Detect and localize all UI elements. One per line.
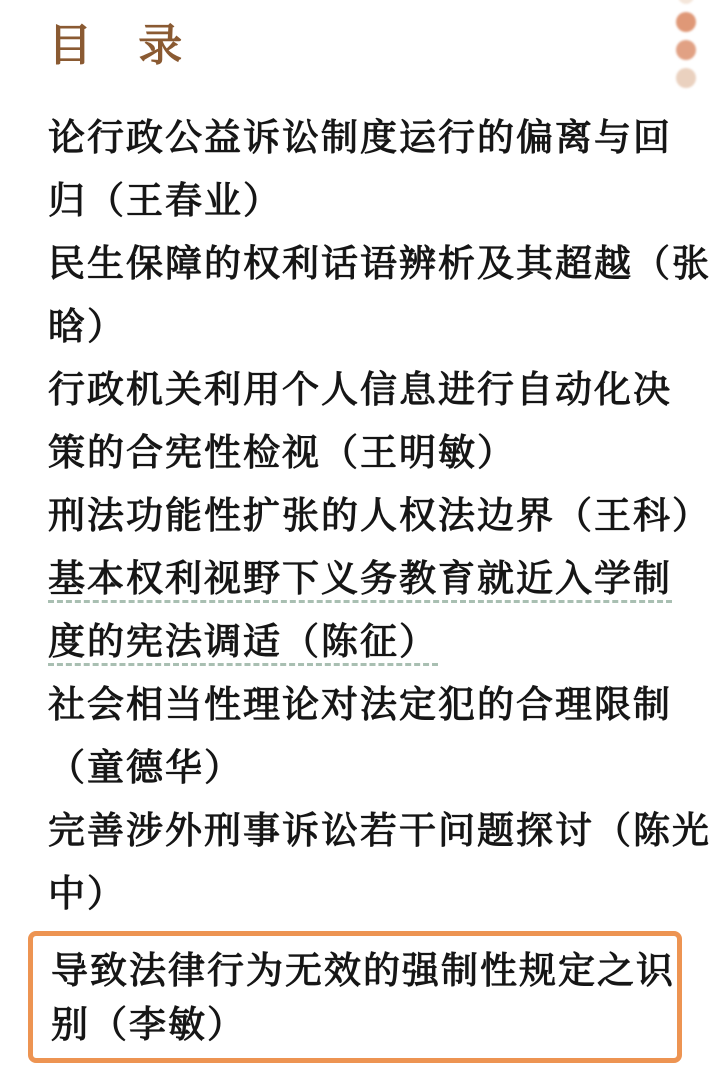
toc-list: 论行政公益诉讼制度运行的偏离与回归（王春业）民生保障的权利话语辨析及其超越（张晗…: [48, 106, 662, 1063]
toc-item-line: 刑法功能性扩张的人权法边界（王科）: [48, 484, 662, 547]
toc-item: 论行政公益诉讼制度运行的偏离与回归（王春业）: [48, 106, 662, 232]
toc-item-line: （童德华）: [48, 736, 662, 799]
toc-item: 完善涉外刑事诉讼若干问题探讨（陈光中）: [48, 799, 662, 925]
toc-item-line: 基本权利视野下义务教育就近入学制: [48, 547, 662, 610]
toc-item-line: 晗）: [48, 295, 662, 358]
page-title: 目 录: [48, 20, 662, 72]
toc-item-line: 论行政公益诉讼制度运行的偏离与回: [48, 106, 662, 169]
toc-page: 目 录 论行政公益诉讼制度运行的偏离与回归（王春业）民生保障的权利话语辨析及其超…: [0, 0, 710, 1066]
toc-item: 行政机关利用个人信息进行自动化决策的合宪性检视（王明敏）: [48, 358, 662, 484]
toc-item-line: 行政机关利用个人信息进行自动化决: [48, 358, 662, 421]
toc-item-line: 策的合宪性检视（王明敏）: [48, 421, 662, 484]
circle-3-icon: [676, 68, 696, 88]
toc-item: 刑法功能性扩张的人权法边界（王科）: [48, 484, 662, 547]
toc-item-line: 导致法律行为无效的强制性规定之识: [51, 944, 663, 998]
toc-item: 民生保障的权利话语辨析及其超越（张晗）: [48, 232, 662, 358]
page-header: 目 录: [48, 20, 662, 72]
toc-item: 导致法律行为无效的强制性规定之识别（李敏）: [28, 931, 682, 1063]
faded-top-circle-icon: [678, 0, 694, 4]
decor-dot-column: [676, 0, 696, 88]
toc-item-line: 别（李敏）: [51, 998, 663, 1052]
toc-item: 社会相当性理论对法定犯的合理限制（童德华）: [48, 673, 662, 799]
toc-item-line: 度的宪法调适（陈征）: [48, 610, 662, 673]
toc-item-line: 社会相当性理论对法定犯的合理限制: [48, 673, 662, 736]
circle-1-icon: [676, 12, 696, 32]
toc-item-line: 完善涉外刑事诉讼若干问题探讨（陈光: [48, 799, 662, 862]
toc-item-line: 归（王春业）: [48, 169, 662, 232]
circle-2-icon: [676, 40, 696, 60]
toc-item: 基本权利视野下义务教育就近入学制度的宪法调适（陈征）: [48, 547, 662, 673]
toc-item-line: 民生保障的权利话语辨析及其超越（张: [48, 232, 662, 295]
toc-item-line: 中）: [48, 862, 662, 925]
